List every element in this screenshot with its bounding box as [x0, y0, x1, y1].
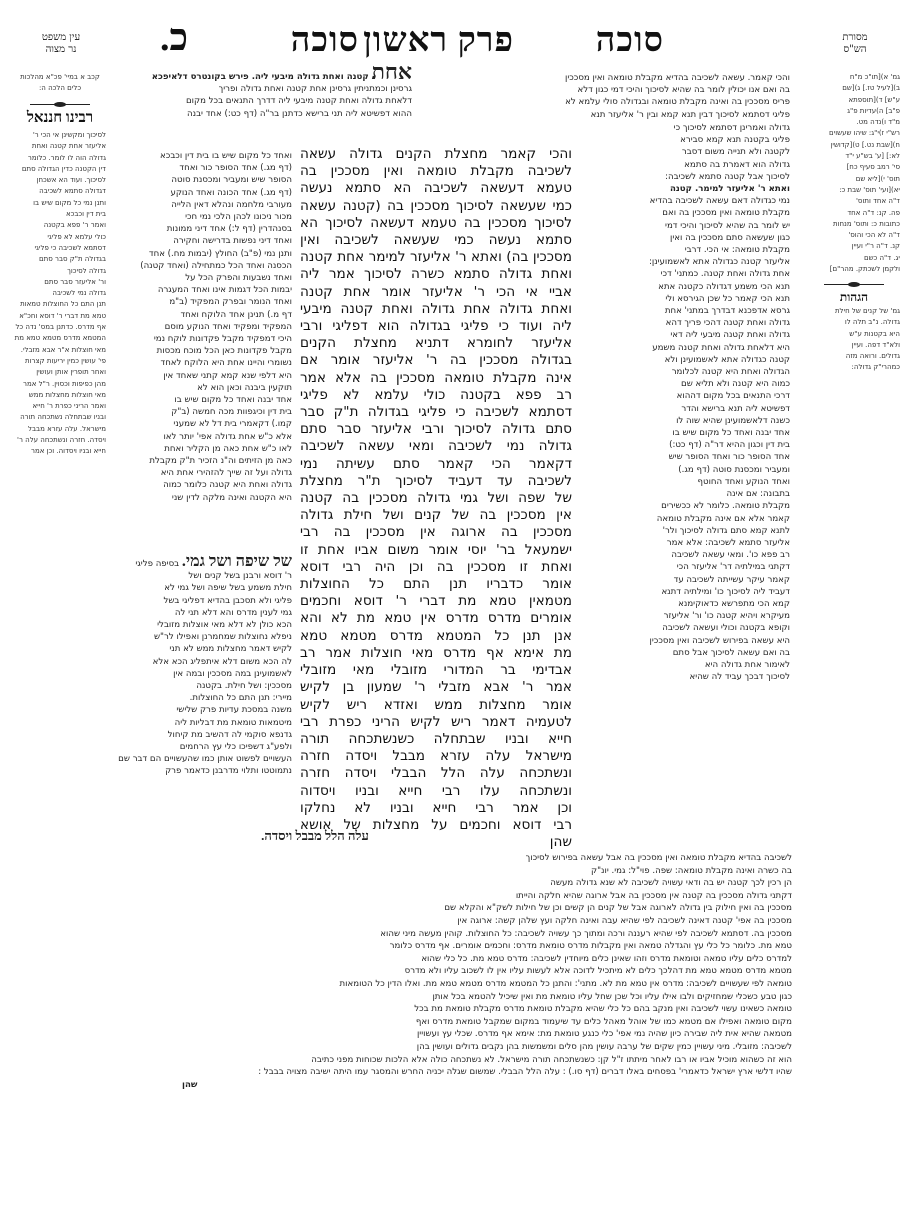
ein-mishpat-label: עין משפט נר מצוה [26, 32, 96, 56]
rashi-bottom-block: לשכיבה בהדיא מקבלת טומאה ואין מסככין בה … [160, 852, 792, 1091]
ein-mishpat-entry: קכב א במיי' פכ"א מהלכות כלים הלכה ה: [16, 72, 104, 95]
rabbeinu-chananel-column: לסיכוך ומקשינן אי הכי ר' אליעזר אחת קטנה… [14, 130, 106, 458]
page-catchword: שהן [160, 1079, 792, 1092]
tosafot-hillel-heading: עלה הלל מבבל ויסדה. [200, 830, 430, 844]
hillel-dibbur-hamatchil: עלה הלל מבבל ויסדה. [261, 828, 369, 843]
chapter-name: פרק ראשון [363, 22, 514, 60]
daf-number: כ. [160, 16, 188, 60]
gemara-text: והכי קאמר מחצלת הקנים גדולה עשאה לשכיבה … [300, 146, 572, 851]
rashi-column: גדולה ואמרינן דסתמא לסיכוך כי פליגי בקטנ… [650, 122, 790, 683]
tosafot-column: אחת קטנה ואחת גדולה מיבעי ליה. פירש בקונ… [112, 66, 412, 120]
masoret-hashas-column: גמ' א)[תו"כ מ"ח ב)[לעיל טז.] ג)[שם ע"ש] … [808, 72, 900, 275]
rabbeinu-chananel-title: רבינו חננאל [14, 110, 106, 127]
rashi-top-block: והכי קאמר. עשאה לשכיבה בהדיא מקבלת טומאה… [522, 72, 790, 121]
tosafot-dibbur-hamatchil: אחת [371, 66, 412, 83]
hagahot-title: הגהות [808, 290, 900, 305]
tosafot-column-lower: של שיפה ושל גמי. בסיפה פליגי ר' דוסא ורב… [112, 556, 292, 778]
tosafot-column-narrow: ואחד כל מקום שיש בו בית דין וכבכא (דף מג… [112, 150, 292, 504]
ornamental-divider [30, 104, 90, 105]
hagahot-column: גמ' של קנים של חילת גדולה. נ"ב תלה לו הי… [808, 306, 900, 374]
tosafot-dibbur-hamatchil-2: של שיפה ושל גמי. [182, 556, 292, 570]
masoret-hashas-label: מסורת הש"ס [820, 32, 890, 56]
tractate-name-left: סוכה [291, 22, 359, 60]
ornamental-divider [824, 284, 884, 285]
tractate-name-right: סוכה [596, 22, 664, 60]
